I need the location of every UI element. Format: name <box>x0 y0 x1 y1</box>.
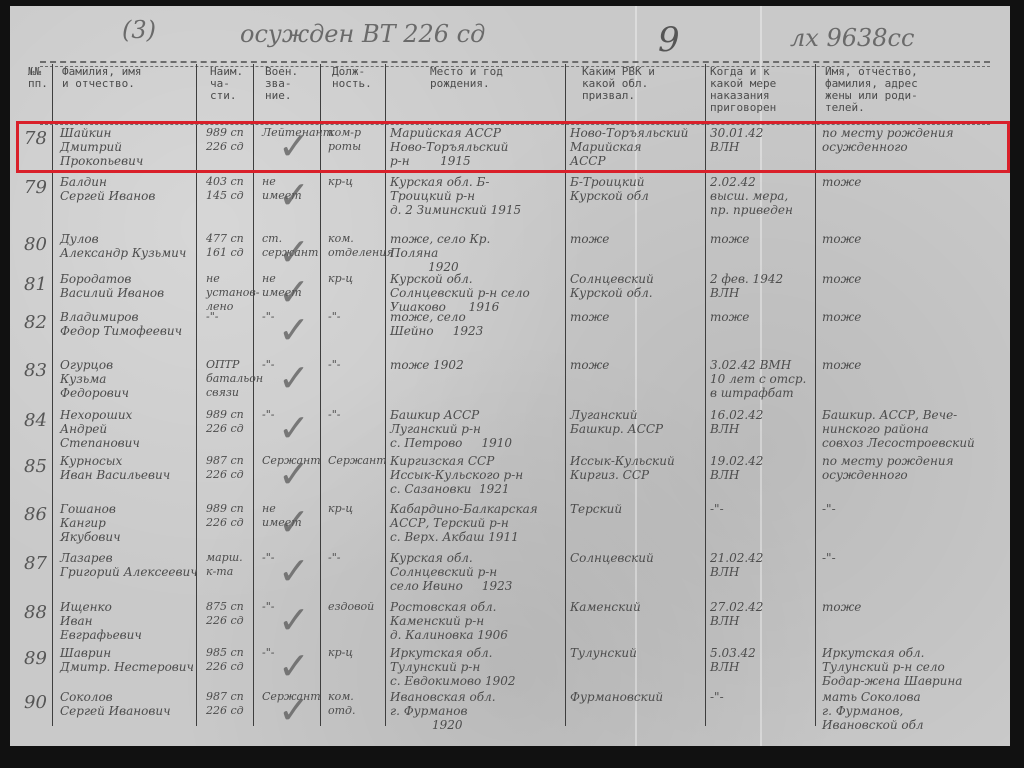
row-number: 85 <box>24 460 47 474</box>
sentence-date: 5.03.42 ВЛН <box>710 646 756 674</box>
unit: -"- <box>206 310 219 324</box>
header-birth: Место и год рождения. <box>430 66 503 90</box>
header-drafted: Каким РВК и какой обл. призвал. <box>582 66 655 102</box>
family-address: тоже <box>822 175 861 189</box>
family-address: мать Соколова г. Фурманов, Ивановской об… <box>822 690 924 732</box>
checkmark-icon: ✓ <box>278 688 310 732</box>
soldier-name: Ищенко Иван Евграфьевич <box>60 600 142 642</box>
sentence-date: 19.02.42 ВЛН <box>710 454 763 482</box>
draft-office: тоже <box>570 358 609 372</box>
sentence-date: 2 фев. 1942 ВЛН <box>710 272 783 300</box>
rank: -"- <box>262 310 275 324</box>
unit: 403 сп 145 сд <box>206 175 244 203</box>
family-address: -"- <box>822 502 836 516</box>
checkmark-icon: ✓ <box>278 173 310 217</box>
position: кр-ц <box>328 272 353 286</box>
birthplace-year: тоже 1902 <box>390 358 464 372</box>
header-name: Фамилия, имя и отчество. <box>62 66 141 90</box>
checkmark-icon: ✓ <box>278 598 310 642</box>
position: ком. отд. <box>328 690 356 718</box>
position: ком. отделения <box>328 232 394 260</box>
family-address: тоже <box>822 310 861 324</box>
birthplace-year: Курская обл. Солнцевский р-н село Ивино … <box>390 551 512 593</box>
checkmark-icon: ✓ <box>278 452 310 496</box>
sentence-date: -"- <box>710 502 724 516</box>
sentence-date: -"- <box>710 690 724 704</box>
position: -"- <box>328 310 341 324</box>
unit: 987 сп 226 сд <box>206 690 244 718</box>
checkmark-icon: ✓ <box>278 549 310 593</box>
highlighted-row-box <box>16 121 1010 173</box>
birthplace-year: тоже, село Шейно 1923 <box>390 310 483 338</box>
birthplace-year: тоже, село Кр. Поляна 1920 <box>390 232 490 274</box>
row-number: 83 <box>24 364 47 378</box>
unit: не установ- лено <box>206 272 260 314</box>
row-number: 84 <box>24 414 47 428</box>
family-address: тоже <box>822 600 861 614</box>
unit: 985 сп 226 сд <box>206 646 244 674</box>
header-family: Имя, отчество, фамилия, адрес жены или р… <box>825 66 918 114</box>
position: Сержант <box>328 454 387 468</box>
draft-office: Иссык-Кульский Киргиз. ССР <box>570 454 675 482</box>
family-address: тоже <box>822 358 861 372</box>
position: кр-ц <box>328 502 353 516</box>
checkmark-icon: ✓ <box>278 230 310 274</box>
row-number: 82 <box>24 316 47 330</box>
row-number: 86 <box>24 508 47 522</box>
rank: -"- <box>262 646 275 660</box>
family-address: тоже <box>822 232 861 246</box>
sentence-date: 21.02.42 ВЛН <box>710 551 763 579</box>
birthplace-year: Курской обл. Солнцевский р-н село Ушаков… <box>390 272 530 314</box>
draft-office: Тулунский <box>570 646 637 660</box>
draft-office: Терский <box>570 502 622 516</box>
draft-office: Луганский Башкир. АССР <box>570 408 663 436</box>
birthplace-year: Киргизская ССР Иссык-Кульского р-н с. Са… <box>390 454 523 496</box>
soldier-name: Лазарев Григорий Алексеевич <box>60 551 198 579</box>
page-number: 9 <box>658 20 680 60</box>
draft-office: тоже <box>570 232 609 246</box>
header-unit: Наим. ча- сти. <box>210 66 243 102</box>
checkmark-icon: ✓ <box>278 644 310 688</box>
sentence-date: 2.02.42 высш. мера, пр. приведен <box>710 175 793 217</box>
row-number: 89 <box>24 652 47 666</box>
birthplace-year: Ивановская обл. г. Фурманов 1920 <box>390 690 496 732</box>
header-sentence: Когда и к какой мере наказания приговоре… <box>710 66 776 114</box>
unit: 989 сп 226 сд <box>206 408 244 436</box>
unit: ОПТР батальон связи <box>206 358 263 400</box>
sentence-date: тоже <box>710 310 749 324</box>
rank: -"- <box>262 551 275 565</box>
birthplace-year: Курская обл. Б- Троицкий р-н д. 2 Зиминс… <box>390 175 521 217</box>
draft-office: тоже <box>570 310 609 324</box>
checkmark-icon: ✓ <box>278 308 310 352</box>
position: кр-ц <box>328 646 353 660</box>
row-number: 81 <box>24 278 47 292</box>
unit: 875 сп 226 сд <box>206 600 244 628</box>
family-address: тоже <box>822 272 861 286</box>
header-position: Долж- ность. <box>332 66 372 90</box>
soldier-name: Шаврин Дмитр. Нестерович <box>60 646 194 674</box>
soldier-name: Огурцов Кузьма Федорович <box>60 358 129 400</box>
header-rule <box>40 61 990 63</box>
archive-reference: лх 9638сс <box>790 24 914 52</box>
row-number: 79 <box>24 181 47 195</box>
row-number: 87 <box>24 557 47 571</box>
sentence-date: тоже <box>710 232 749 246</box>
soldier-name: Нехороших Андрей Степанович <box>60 408 140 450</box>
header-rank: Воен. зва- ние. <box>265 66 298 102</box>
row-number: 88 <box>24 606 47 620</box>
soldier-name: Соколов Сергей Иванович <box>60 690 171 718</box>
position: -"- <box>328 408 341 422</box>
draft-office: Солнцевский <box>570 551 654 565</box>
verdict-note-annotation: осужден ВТ 226 сд <box>240 20 485 48</box>
draft-office: Фурмановский <box>570 690 663 704</box>
soldier-name: Гошанов Кангир Якубович <box>60 502 121 544</box>
position: ездовой <box>328 600 374 614</box>
unit: 987 сп 226 сд <box>206 454 244 482</box>
family-address: -"- <box>822 551 836 565</box>
draft-office: Каменский <box>570 600 641 614</box>
rank: -"- <box>262 358 275 372</box>
unit: 989 сп 226 сд <box>206 502 244 530</box>
row-number: 90 <box>24 696 47 710</box>
draft-office: Б-Троицкий Курской обл <box>570 175 649 203</box>
birthplace-year: Иркутская обл. Тулунский р-н с. Евдокимо… <box>390 646 516 688</box>
row-number: 80 <box>24 238 47 252</box>
unit: 477 сп 161 сд <box>206 232 244 260</box>
soldier-name: Бородатов Василий Иванов <box>60 272 164 300</box>
family-address: Башкир. АССР, Вече- нинского района совх… <box>822 408 975 450</box>
checkmark-icon: ✓ <box>278 356 310 400</box>
family-address: по месту рождения осужденного <box>822 454 954 482</box>
checkmark-icon: ✓ <box>278 500 310 544</box>
rank: -"- <box>262 600 275 614</box>
soldier-name: Владимиров Федор Тимофеевич <box>60 310 182 338</box>
birthplace-year: Ростовская обл. Каменский р-н д. Калинов… <box>390 600 508 642</box>
position: -"- <box>328 358 341 372</box>
sentence-date: 16.02.42 ВЛН <box>710 408 763 436</box>
circled-number-annotation: (3) <box>122 16 156 44</box>
position: -"- <box>328 551 341 565</box>
birthplace-year: Кабардино-Балкарская АССР, Терский р-н с… <box>390 502 538 544</box>
checkmark-icon: ✓ <box>278 406 310 450</box>
position: кр-ц <box>328 175 353 189</box>
birthplace-year: Башкир АССР Луганский р-н с. Петрово 191… <box>390 408 512 450</box>
document-page: (3) осужден ВТ 226 сд 9 лх 9638сс №№ пп.… <box>10 6 1010 746</box>
header-number: №№ пп. <box>28 66 48 90</box>
soldier-name: Балдин Сергей Иванов <box>60 175 155 203</box>
soldier-name: Курносых Иван Васильевич <box>60 454 170 482</box>
rank: -"- <box>262 408 275 422</box>
soldier-name: Дулов Александр Кузьмич <box>60 232 186 260</box>
fold-crease <box>635 6 637 746</box>
unit: марш. к-та <box>206 551 243 579</box>
family-address: Иркутская обл. Тулунский р-н село Бодар-… <box>822 646 962 688</box>
draft-office: Солнцевский Курской обл. <box>570 272 654 300</box>
sentence-date: 27.02.42 ВЛН <box>710 600 763 628</box>
sentence-date: 3.02.42 ВМН 10 лет с отср. в штрафбат <box>710 358 806 400</box>
